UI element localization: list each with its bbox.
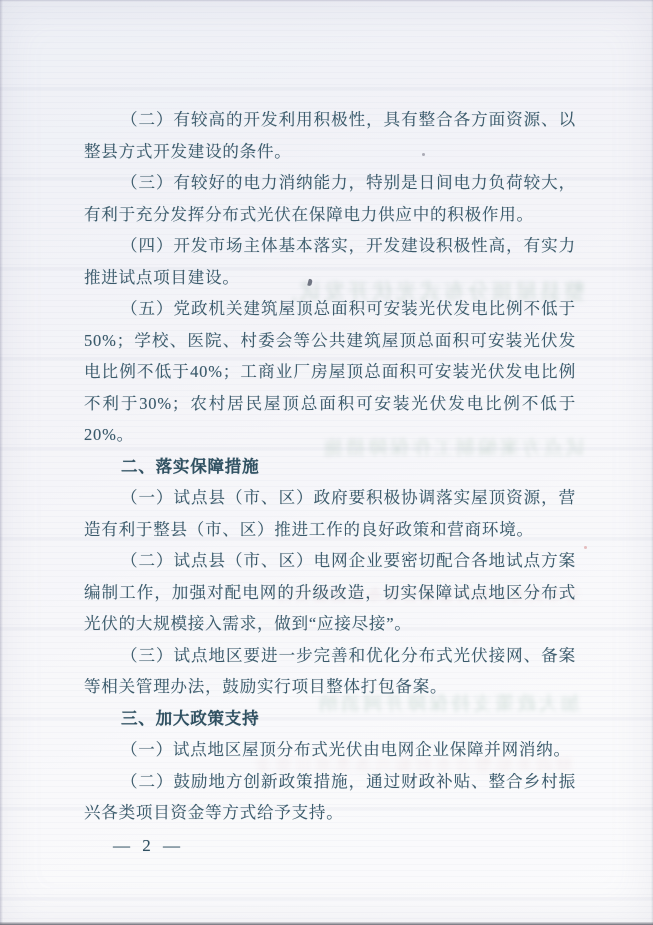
scan-edge-top	[0, 0, 653, 2]
ink-speck	[584, 546, 587, 549]
paragraph: （一）试点地区屋顶分布式光伏由电网企业保障并网消纳。	[84, 734, 576, 766]
section-heading: 二、落实保障措施	[84, 451, 576, 483]
paragraph: （二）试点县（市、区）电网企业要密切配合各地试点方案编制工作，加强对配电网的升级…	[84, 545, 576, 640]
paragraph: （三）试点地区要进一步完善和优化分布式光伏接网、备案等相关管理办法，鼓励实行项目…	[84, 640, 576, 703]
document-body: （二）有较高的开发利用积极性，具有整合各方面资源、以整县方式开发建设的条件。（三…	[84, 104, 576, 829]
scanned-document-page: 整县屋顶分布式光伏开发试点 试点方案编制工作保障措施 分布式光伏接网备案管理办法…	[0, 0, 653, 925]
scan-edge-left	[0, 0, 3, 925]
paragraph: （二）有较高的开发利用积极性，具有整合各方面资源、以整县方式开发建设的条件。	[84, 104, 576, 167]
paragraph: （三）有较好的电力消纳能力，特别是日间电力负荷较大，有利于充分发挥分布式光伏在保…	[84, 167, 576, 230]
paragraph: （二）鼓励地方创新政策措施，通过财政补贴、整合乡村振兴各类项目资金等方式给予支持…	[84, 766, 576, 829]
paragraph: （四）开发市场主体基本落实，开发建设积极性高，有实力推进试点项目建设。	[84, 230, 576, 293]
section-heading: 三、加大政策支持	[84, 703, 576, 735]
paragraph: （五）党政机关建筑屋顶总面积可安装光伏发电比例不低于50%；学校、医院、村委会等…	[84, 293, 576, 451]
page-number: — 2 —	[113, 836, 184, 856]
paragraph: （一）试点县（市、区）政府要积极协调落实屋顶资源，营造有利于整县（市、区）推进工…	[84, 482, 576, 545]
